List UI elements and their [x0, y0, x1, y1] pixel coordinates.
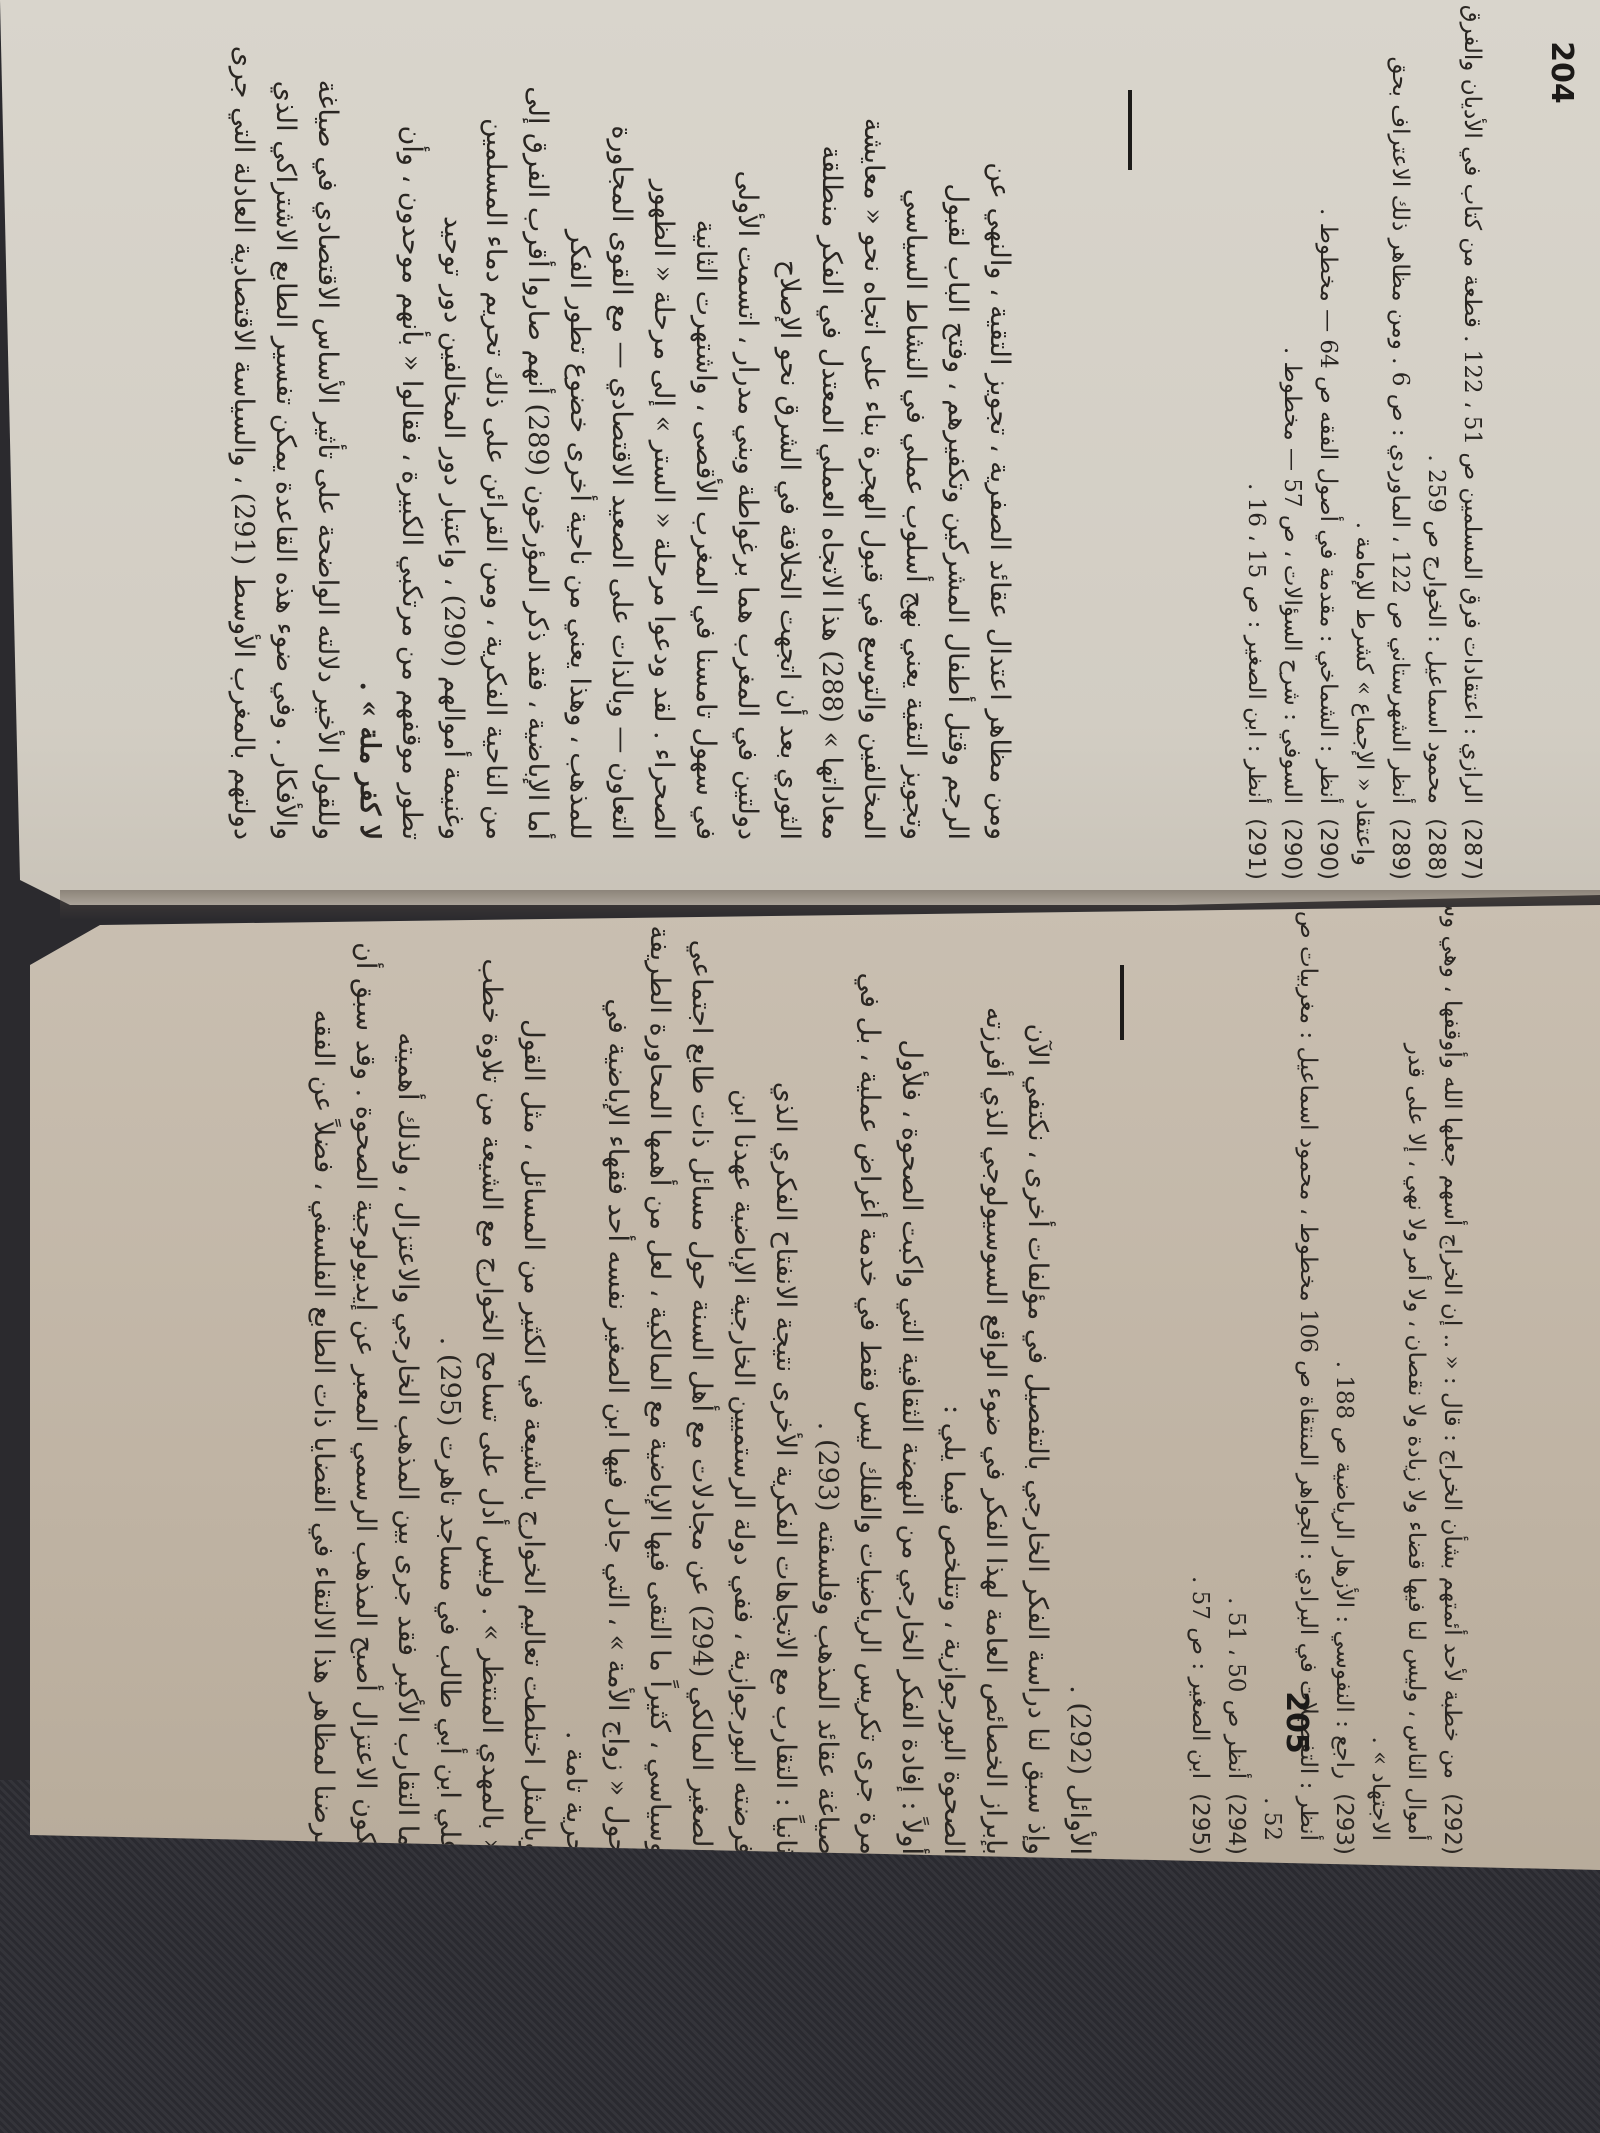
- body-line: دولتين في المغرب هما برغواطة وبني مدرار …: [726, 20, 768, 840]
- body-line: معاداتها » (288) هذا الاتجاه العملي المع…: [810, 20, 852, 840]
- body-line: وللقول الأخير دلالته الواضحة على تأثير ا…: [306, 20, 348, 840]
- body-line: أولاً : إفادة الفكر الخارجي من النهضة ال…: [890, 975, 932, 1855]
- footnote-separator: [1128, 90, 1132, 170]
- body-line: علي ابن أبي طالب في مساجد تاهرت (295) .: [428, 975, 470, 1855]
- footnote-text: ابن الصغير : ص 57 .: [1187, 1576, 1213, 1779]
- footnote-text: أموال الناس ، وليس لنا فيها قضاء ولا زيا…: [1403, 1044, 1429, 1841]
- footnote: الاجتهاد » .: [1362, 975, 1398, 1855]
- footnote-text: أنظر : ابن الصغير : ص 15 ، 16 .: [1243, 483, 1269, 804]
- footnote: (294)أنظر ص 50 ، 51 .: [1218, 975, 1254, 1855]
- body-line: حرية تامة .: [554, 975, 596, 1855]
- footnote: (291)أنظر : ابن الصغير : ص 15 ، 16 .: [1238, 60, 1274, 880]
- page-205-footnotes: (292)من خطبة لأحد أئمتهم بشأن الخراج : ق…: [1182, 975, 1470, 1855]
- body-line: الصحراء . لقد ودعوا مرحلة « الستر » إلى …: [642, 20, 684, 840]
- body-line: ثانياً : التقارب مع الاتجاهات الفكرية ال…: [764, 975, 806, 1855]
- body-line: الرجم وقتل أطفال المشركين وتكفيرهم ، وفت…: [936, 20, 978, 840]
- body-line: والأفكار . وفي ضوء هذه القاعدة يمكن تفسي…: [264, 20, 306, 840]
- footnote-text: أنظر : الشماخي : مقدمة في أصول الفقه ص 6…: [1315, 208, 1341, 804]
- body-line: صياغة عقائد المذهب وفلسفته (293) .: [806, 975, 848, 1855]
- body-line: بإبراز الخصائص العامة لهذا الفكر في ضوء …: [974, 975, 1016, 1855]
- body-line: « بالمهدي المنتظر » . وليس أدل على تسامح…: [470, 975, 512, 1855]
- body-line: فرضته البورجوازية ، ففي دولة الرستميين ا…: [722, 975, 764, 1855]
- page-205: الأوائل (292) . وإذ سبق لنا دراسة الفكر …: [30, 905, 1600, 1905]
- footnote-number: (290): [1274, 818, 1310, 880]
- body-line: أما الإباضية ، فقد ذكر المؤرخون (289) أن…: [516, 20, 558, 840]
- footnote-text: السوفي : شرح السؤالات ، ص 57 — مخطوط .: [1279, 347, 1305, 804]
- footnote-number: (288): [1418, 818, 1454, 880]
- body-line: حول « زواج الأمة » ، التي جادل فيها ابن …: [596, 975, 638, 1855]
- body-line: ومن مظاهر اعتدال عقائد الصفرية ، تجويز ا…: [978, 20, 1020, 840]
- footnote-number: (293): [1326, 1793, 1362, 1855]
- body-line: التعاون — وبالذات على الصعيد الاقتصادي —…: [600, 20, 642, 840]
- footnote-separator: [1120, 965, 1124, 1040]
- body-line: لا كفر ملة » .: [348, 20, 390, 840]
- footnote-text: واعتقاد « الإجماع » كشرط للإمامة .: [1351, 522, 1377, 866]
- body-line: عرضنا لمظاهر هذا الالتقاء في القضايا ذات…: [302, 975, 344, 1855]
- page-204: ومن مظاهر اعتدال عقائد الصفرية ، تجويز ا…: [0, 0, 1600, 905]
- footnote-text: محمود اسماعيل : الخوارج ص 259 .: [1423, 454, 1449, 804]
- body-line: الثوري بعد أن اتجهت الخلافة في الشرق نحو…: [768, 20, 810, 840]
- footnote-number: (292): [1434, 1793, 1470, 1855]
- footnote-number: (287): [1454, 818, 1490, 880]
- body-line: وإذ سبق لنا دراسة الفكر الخارجي بالتفصيل…: [1016, 975, 1058, 1855]
- footnote-text: الاجتهاد » .: [1367, 1736, 1393, 1841]
- footnote-text: 52 .: [1259, 1797, 1285, 1841]
- footnote-number: (291): [1238, 818, 1274, 880]
- body-line: الأوائل (292) .: [1058, 975, 1100, 1855]
- footnote-number: (294): [1218, 1793, 1254, 1855]
- footnote: أموال الناس ، وليس لنا فيها قضاء ولا زيا…: [1398, 975, 1434, 1855]
- footnote: (295)ابن الصغير : ص 57 .: [1182, 975, 1218, 1855]
- body-line: للمذهب ، وهذا يعني من ناحية أخرى خضوع تط…: [558, 20, 600, 840]
- footnote: (288)محمود اسماعيل : الخوارج ص 259 .: [1418, 60, 1454, 880]
- body-line: وسياسي ، كثيراً ما التقى فيها الإباضية م…: [638, 975, 680, 1855]
- footnote-text: من خطبة لأحد أئمتهم بشأن الخراج : قال : …: [1439, 905, 1465, 1779]
- body-line: تطور موقفهم من مرتكبي الكبيرة ، فقالوا «…: [390, 20, 432, 840]
- footnote: (290)السوفي : شرح السؤالات ، ص 57 — مخطو…: [1274, 60, 1310, 880]
- body-line: من الناحية الفكرية ، ومن القرائن على ذلك…: [474, 20, 516, 840]
- page-number: 205: [1279, 1691, 1314, 1754]
- body-line: وغنيمة أموالهم (290) ، واعتبار دور المخا…: [432, 20, 474, 840]
- body-line: الصحوة البورجوازية ، وتتلخص فيما يلي :: [932, 975, 974, 1855]
- page-number: 204: [1544, 41, 1579, 104]
- page-205-body: الأوائل (292) . وإذ سبق لنا دراسة الفكر …: [302, 975, 1100, 1855]
- footnote: (289)أنظر الشهرستاني ص 122 ، الماوردي : …: [1382, 60, 1418, 880]
- body-line: المخالفين والتوسع في قبول الهجرة بناء عل…: [852, 20, 894, 840]
- footnote-text: الرازي : اعتقادات فرق المسلمين ص 51 ، 12…: [1459, 5, 1485, 804]
- body-line: وتجويز التقية يعني نهج أسلوب عملي في الن…: [894, 20, 936, 840]
- footnote: (290)أنظر : الشماخي : مقدمة في أصول الفق…: [1310, 60, 1346, 880]
- body-line: في سهول تامسنا في المغرب الأقصى ، واشتهر…: [684, 20, 726, 840]
- body-line: لكون الاعتزال أصبح المذهب الرسمي المعبر …: [344, 975, 386, 1855]
- footnote-text: أنظر ص 50 ، 51 .: [1223, 1597, 1249, 1779]
- body-line: دولتهم بالمغرب الأوسط (291) ، والسياسة ا…: [222, 20, 264, 840]
- page-204-body: ومن مظاهر اعتدال عقائد الصفرية ، تجويز ا…: [222, 20, 1020, 840]
- footnote-number: (290): [1310, 818, 1346, 880]
- footnote-number: (295): [1182, 1793, 1218, 1855]
- body-line: أما التقارب الأكبر فقد جرى بين المذهب ال…: [386, 975, 428, 1855]
- body-line: مرة جرى تكريس الرياضيات والفلك ليس فقط ف…: [848, 975, 890, 1855]
- footnote: (287)الرازي : اعتقادات فرق المسلمين ص 51…: [1454, 60, 1490, 880]
- footnote: (293)راجع : النفوسي : الأزهار الرياضية ص…: [1326, 975, 1362, 1855]
- body-line: وبالمثل اختلطت تعاليم الخوارج بالشيعة في…: [512, 975, 554, 1855]
- footnote-number: (289): [1382, 818, 1418, 880]
- footnote-text: أنظر الشهرستاني ص 122 ، الماوردي : ص 6 .…: [1387, 56, 1413, 804]
- footnote: واعتقاد « الإجماع » كشرط للإمامة .: [1346, 60, 1382, 880]
- page-204-footnotes: (287)الرازي : اعتقادات فرق المسلمين ص 51…: [1238, 60, 1490, 880]
- footnote-text: راجع : النفوسي : الأزهار الرياضية ص 188 …: [1331, 1361, 1357, 1779]
- footnote: (292)من خطبة لأحد أئمتهم بشأن الخراج : ق…: [1434, 975, 1470, 1855]
- body-line: الصغير المالكي (294) عن مجادلات مع أهل ا…: [680, 975, 722, 1855]
